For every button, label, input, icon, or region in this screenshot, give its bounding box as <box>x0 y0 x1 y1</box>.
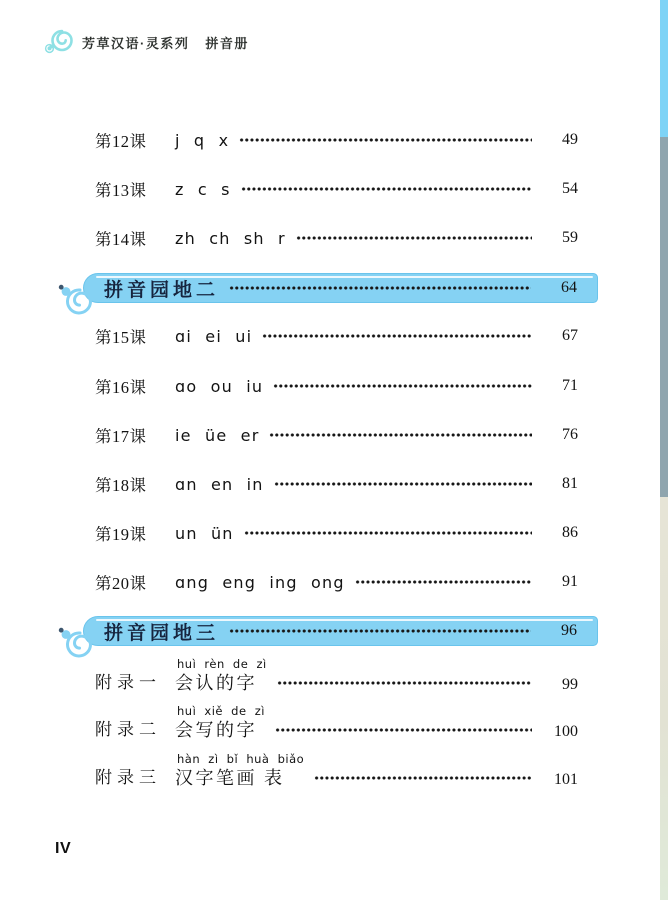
page-ref: 67 <box>538 327 578 345</box>
lesson-pinyin: z c s <box>175 180 231 199</box>
lesson-pinyin: j q x <box>175 131 229 150</box>
toc-lesson-row: 第13课z c s54 <box>95 176 578 202</box>
page-ref: 54 <box>538 180 578 198</box>
dot-leader <box>244 529 532 537</box>
appendix-label: 附录一 <box>95 668 175 695</box>
page-ref: 71 <box>538 377 578 395</box>
page-ref: 96 <box>537 622 577 640</box>
dot-leader <box>229 627 531 635</box>
book-page: 芳草汉语·灵系列 拼音册 第12课j q x49第13课z c s54第14课z… <box>0 0 668 900</box>
dot-leader <box>241 185 532 193</box>
page-ref: 49 <box>538 131 578 149</box>
lesson-label: 第19课 <box>95 521 175 545</box>
dot-leader <box>229 284 531 292</box>
appendix-title: huì rèn de zì会认的字 <box>175 657 267 695</box>
lesson-label: 第16课 <box>95 374 175 398</box>
dot-leader <box>355 578 532 586</box>
lesson-label: 第17课 <box>95 423 175 447</box>
toc-lesson-row: 第12课j q x49 <box>95 127 578 153</box>
appendix-label: 附录三 <box>95 763 175 790</box>
appendix-title: hàn zì bǐ huà biǎo汉字笔画 表 <box>175 752 304 790</box>
lesson-pinyin: ie üe er <box>175 426 259 445</box>
lesson-pinyin: zh ch sh r <box>175 229 286 248</box>
bar-swirl-icon <box>58 284 92 320</box>
toc-lesson-row: 第15课ɑi ei ui67 <box>95 323 578 349</box>
appendix-hanzi: 汉字笔画 表 <box>175 766 304 790</box>
dot-leader <box>274 480 532 488</box>
section-title: 拼音园地三 <box>104 618 219 645</box>
lesson-pinyin: ɑng eng ing ong <box>175 573 345 592</box>
dot-leader <box>269 431 532 439</box>
page-ref: 64 <box>537 279 577 297</box>
lesson-pinyin: ɑo ou iu <box>175 377 263 396</box>
appendix-pinyin: huì xiě de zì <box>175 704 265 718</box>
appendix-pinyin: huì rèn de zì <box>175 657 267 671</box>
toc-appendix-row: 附录二huì xiě de zì会写的字100 <box>95 698 578 742</box>
page-ref: 100 <box>538 723 578 742</box>
lesson-pinyin: ɑn en in <box>175 475 264 494</box>
lesson-label: 第20课 <box>95 570 175 594</box>
toc-appendix-row: 附录一huì rèn de zì会认的字99 <box>95 651 578 695</box>
page-ref: 91 <box>538 573 578 591</box>
appendix-hanzi: 会认的字 <box>175 671 267 695</box>
section-title: 拼音园地二 <box>104 275 219 302</box>
appendix-pinyin: hàn zì bǐ huà biǎo <box>175 752 304 766</box>
lesson-label: 第13课 <box>95 177 175 201</box>
toc-lesson-row: 第14课zh ch sh r59 <box>95 225 578 251</box>
toc-lesson-row: 第16课ɑo ou iu71 <box>95 373 578 399</box>
folio-number: IV <box>55 840 71 858</box>
lesson-label: 第15课 <box>95 324 175 348</box>
appendix-label: 附录二 <box>95 715 175 742</box>
toc-appendix-row: 附录三hàn zì bǐ huà biǎo汉字笔画 表101 <box>95 746 578 790</box>
dot-leader <box>275 726 532 734</box>
lesson-label: 第12课 <box>95 128 175 152</box>
toc-lesson-row: 第18课ɑn en in81 <box>95 471 578 497</box>
dot-leader <box>239 136 532 144</box>
dot-leader <box>273 382 532 390</box>
lesson-label: 第14课 <box>95 226 175 250</box>
page-ref: 101 <box>538 771 578 790</box>
lesson-pinyin: ɑi ei ui <box>175 327 252 346</box>
page-ref: 99 <box>538 676 578 695</box>
lesson-pinyin: un ün <box>175 524 234 543</box>
toc-list: 第12课j q x49第13课z c s54第14课zh ch sh r59拼音… <box>0 0 668 900</box>
page-ref: 76 <box>538 426 578 444</box>
bar-swirl-icon <box>58 627 92 663</box>
dot-leader <box>277 679 532 687</box>
appendix-title: huì xiě de zì会写的字 <box>175 704 265 742</box>
page-ref: 59 <box>538 229 578 247</box>
toc-section-bar: 拼音园地二64 <box>83 273 598 303</box>
toc-lesson-row: 第20课ɑng eng ing ong91 <box>95 569 578 595</box>
dot-leader <box>262 332 532 340</box>
page-ref: 86 <box>538 524 578 542</box>
lesson-label: 第18课 <box>95 472 175 496</box>
appendix-hanzi: 会写的字 <box>175 718 265 742</box>
toc-lesson-row: 第17课ie üe er76 <box>95 422 578 448</box>
toc-section-bar: 拼音园地三96 <box>83 616 598 646</box>
dot-leader <box>296 234 532 242</box>
dot-leader <box>314 774 532 782</box>
page-ref: 81 <box>538 475 578 493</box>
toc-lesson-row: 第19课un ün86 <box>95 520 578 546</box>
